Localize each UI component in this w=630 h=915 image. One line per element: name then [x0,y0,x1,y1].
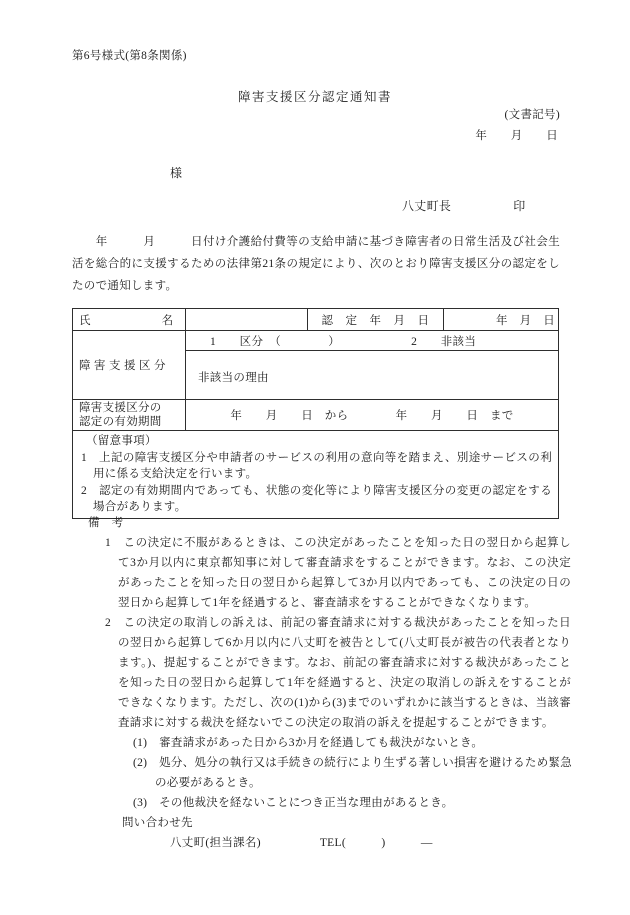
issuer-line: 八丈町長印 [402,197,526,214]
doc-code-label: (文書記号) [505,106,560,122]
issue-date-line: 年 月 日 [475,127,558,143]
page-title: 障害支援区分認定通知書 [0,87,630,105]
ineligible-reason-cell: 非該当の理由 [186,351,559,400]
validity-label-cell: 障害支援区分の認定の有効期間 [73,400,186,431]
note-item-1: 1 上記の障害支援区分や申請者のサービスの利用の意向等を踏まえ、別途サービスの利… [81,450,552,483]
addressee-honorific: 様 [170,164,182,181]
category-options-cell: 1 区分 （ ）2 非該当 [186,331,559,351]
category-option-ineligible: 2 非該当 [411,336,476,348]
contact-line: 八丈町(担当課名) TEL( ) ― [170,833,560,853]
name-value-cell [186,309,308,331]
form-number: 第6号様式(第8条関係) [72,47,187,63]
cert-date-value-cell: 年 月 日 [444,309,559,331]
notice-document-page: 第6号様式(第8条関係) 障害支援区分認定通知書 (文書記号) 年 月 日 様 … [0,0,630,915]
remark-item-1: 1 この決定に不服があるときは、この決定があったことを知った日の翌日から起算して… [105,533,571,613]
validity-label-text: 障害支援区分の認定の有効期間 [79,401,163,429]
validity-value-cell: 年 月 日 から 年 月 日 まで [186,400,559,431]
remark-subitem-3: (3) その他裁決を経ないことにつき正当な理由があるとき。 [133,793,580,813]
remark-item-2: 2 この決定の取消しの訴えは、前記の審査請求に対する裁決があったことを知った日の… [105,613,571,733]
cert-date-label-cell: 認 定 年 月 日 [308,309,444,331]
name-label-cell: 氏 名 [73,309,186,331]
category-option-kubun: 1 区分 （ ） [210,336,340,348]
remark-subitem-1: (1) 審査請求があった日から3か月を経過しても裁決がないとき。 [133,733,580,753]
remark-subitem-2: (2) 処分、処分の執行又は手続きの続行により生ずる著しい損害を避けるため緊急の… [133,753,580,793]
intro-paragraph: 年 月 日付け介護給付費等の支給申請に基づき障害者の日常生活及び社会生活を総合的… [72,231,560,297]
remarks-heading: 備 考 [88,513,560,533]
notes-cell: （留意事項） 1 上記の障害支援区分や申請者のサービスの利用の意向等を踏まえ、別… [73,431,559,519]
note-item-2: 2 認定の有効期間内であっても、状態の変化等により障害支援区分の変更の認定をする… [81,483,552,516]
remarks-section: 備 考 1 この決定に不服があるときは、この決定があったことを知った日の翌日から… [72,513,560,853]
category-label-cell: 障害支援区分 [73,331,186,400]
notes-heading: （留意事項） [81,433,552,450]
certification-table: 氏 名 認 定 年 月 日 年 月 日 障害支援区分 1 区分 （ ）2 非該当… [72,308,559,519]
contact-heading: 問い合わせ先 [122,813,560,833]
issuer-title: 八丈町長 [402,199,451,213]
issuer-seal-mark: 印 [513,199,525,213]
